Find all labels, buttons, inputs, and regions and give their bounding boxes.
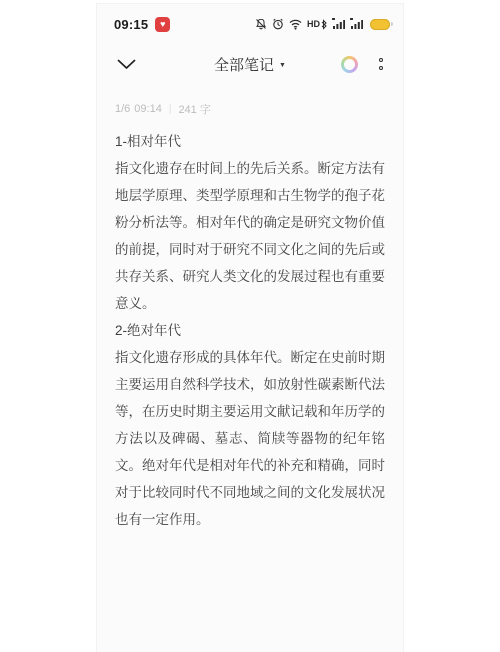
wifi-icon	[289, 19, 302, 30]
note-char-count: 241 字	[178, 101, 210, 117]
section-title: 2-绝对年代	[115, 317, 385, 344]
note-section: 2-绝对年代 指文化遗存形成的具体年代。断定在史前时期主要运用自然科学技术，如放…	[115, 317, 385, 533]
note-date: 1/6	[115, 103, 130, 115]
alarm-clock-icon	[272, 18, 284, 30]
overflow-menu-icon[interactable]	[377, 56, 385, 73]
phone-screen: 09:15 ♥ HD	[97, 4, 403, 652]
notes-filter-dropdown[interactable]: 全部笔记 ▼	[214, 54, 286, 75]
note-section: 1-相对年代 指文化遗存在时间上的先后关系。断定方法有地层学原理、类型学原理和古…	[115, 128, 385, 317]
hd-volte-indicator: HD	[307, 19, 327, 30]
notes-filter-label: 全部笔记	[214, 54, 274, 75]
status-bar: 09:15 ♥ HD	[97, 4, 403, 36]
bluetooth-icon	[321, 19, 327, 30]
heart-app-notification-icon: ♥	[155, 17, 170, 32]
signal-sim1-icon	[332, 18, 345, 30]
toolbar-actions	[341, 56, 385, 73]
section-body: 指文化遗存在时间上的先后关系。断定方法有地层学原理、类型学原理和古生物学的孢子花…	[115, 155, 385, 317]
dropdown-caret-icon: ▼	[279, 62, 286, 69]
note-toolbar: 全部笔记 ▼	[97, 44, 403, 84]
note-meta: 1/6 09:14 | 241 字	[115, 101, 385, 117]
mute-bell-icon	[255, 18, 267, 30]
meta-divider: |	[162, 104, 179, 115]
note-content[interactable]: 1-相对年代 指文化遗存在时间上的先后关系。断定方法有地层学原理、类型学原理和古…	[97, 117, 403, 533]
section-body: 指文化遗存形成的具体年代。断定在史前时期主要运用自然科学技术，如放射性碳素断代法…	[115, 344, 385, 533]
assistant-ring-icon[interactable]	[341, 56, 358, 73]
heart-glyph: ♥	[160, 20, 165, 29]
section-title: 1-相对年代	[115, 128, 385, 155]
battery-icon	[370, 19, 390, 30]
status-icons: HD	[255, 18, 390, 30]
chevron-down-icon[interactable]	[115, 55, 138, 74]
assistant-ring-center	[344, 59, 355, 70]
note-edit-time: 09:14	[134, 103, 162, 115]
hd-label: HD	[307, 19, 320, 29]
signal-sim2-icon	[350, 18, 363, 30]
status-time: 09:15	[114, 17, 148, 32]
